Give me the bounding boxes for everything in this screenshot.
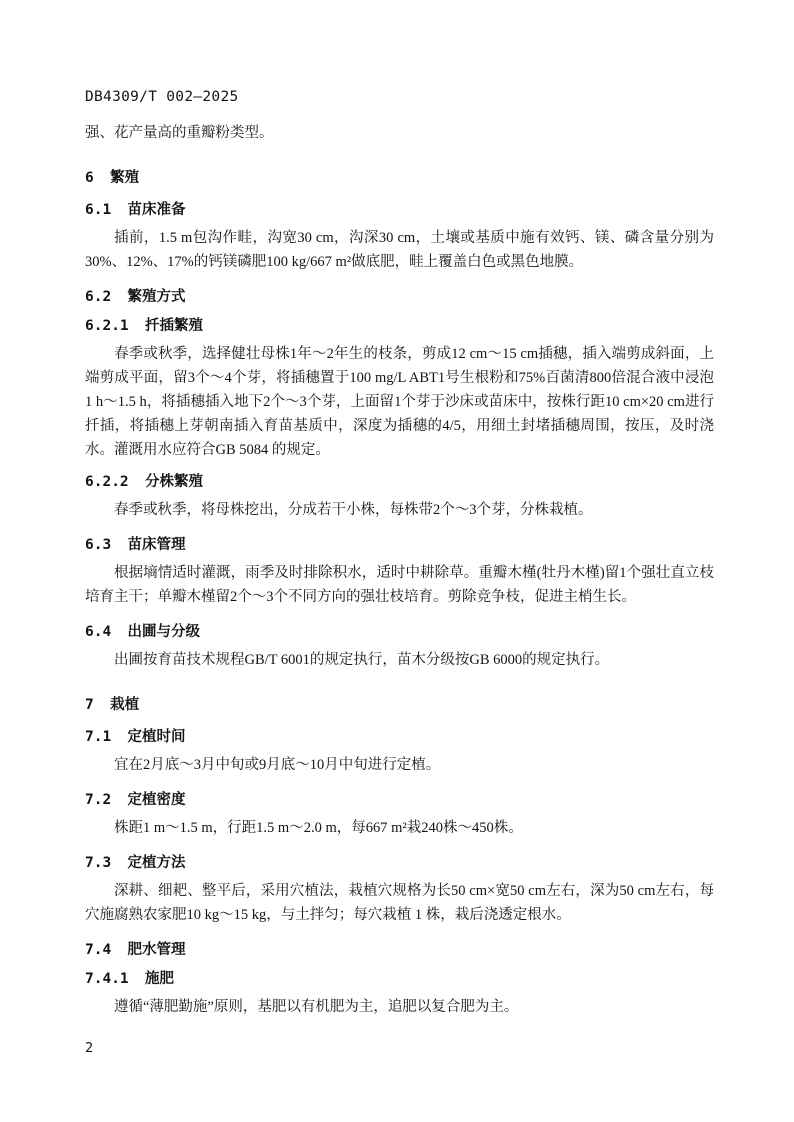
section-number: 6.1 bbox=[85, 202, 111, 218]
section-heading: 7 栽植 bbox=[85, 696, 714, 714]
section-title: 扦插繁殖 bbox=[145, 318, 203, 334]
section-number: 7.1 bbox=[85, 729, 111, 745]
section-number: 6.2.2 bbox=[85, 474, 129, 490]
section-number: 6.2.1 bbox=[85, 318, 129, 334]
section-heading: 7.4 肥水管理 bbox=[85, 941, 714, 959]
paragraph: 宜在2月底～3月中旬或9月底～10月中旬进行定植。 bbox=[85, 753, 714, 777]
section-heading: 7.3 定植方法 bbox=[85, 854, 714, 872]
section-title: 定植密度 bbox=[128, 792, 186, 808]
paragraph: 春季或秋季，将母株挖出，分成若干小株，每株带2个～3个芽，分株栽植。 bbox=[85, 498, 714, 522]
section-heading: 6.3 苗床管理 bbox=[85, 536, 714, 554]
page-footer: 2 bbox=[85, 1040, 93, 1056]
section-title: 繁殖方式 bbox=[128, 289, 186, 305]
paragraph: 根据墒情适时灌溉，雨季及时排除积水，适时中耕除草。重瓣木槿(牡丹木槿)留1个强壮… bbox=[85, 561, 714, 609]
section-title: 施肥 bbox=[145, 971, 174, 987]
section-heading: 6.2.1 扦插繁殖 bbox=[85, 317, 714, 335]
section-heading: 6 繁殖 bbox=[85, 169, 714, 187]
paragraph: 遵循“薄肥勤施”原则，基肥以有机肥为主，追肥以复合肥为主。 bbox=[85, 995, 714, 1019]
paragraph: 插前，1.5 m包沟作畦，沟宽30 cm，沟深30 cm，土壤或基质中施有效钙、… bbox=[85, 226, 714, 274]
section-heading: 6.4 出圃与分级 bbox=[85, 623, 714, 641]
section-heading: 6.2 繁殖方式 bbox=[85, 288, 714, 306]
section-title: 栽植 bbox=[110, 697, 139, 713]
section-title: 出圃与分级 bbox=[128, 624, 201, 640]
section-heading: 7.4.1 施肥 bbox=[85, 970, 714, 988]
section-title: 苗床管理 bbox=[128, 537, 186, 553]
paragraph: 出圃按育苗技术规程GB/T 6001的规定执行，苗木分级按GB 6000的规定执… bbox=[85, 648, 714, 672]
section-number: 7.4.1 bbox=[85, 971, 129, 987]
document-body: 强、花产量高的重瓣粉类型。 6 繁殖 6.1 苗床准备 插前，1.5 m包沟作畦… bbox=[85, 121, 714, 1019]
section-number: 6.2 bbox=[85, 289, 111, 305]
document-page: DB4309/T 002—2025 强、花产量高的重瓣粉类型。 6 繁殖 6.1… bbox=[0, 0, 794, 1122]
section-number: 6.4 bbox=[85, 624, 111, 640]
section-number: 7.3 bbox=[85, 855, 111, 871]
section-heading: 7.1 定植时间 bbox=[85, 728, 714, 746]
section-number: 7.4 bbox=[85, 942, 111, 958]
paragraph: 深耕、细耙、整平后，采用穴植法，栽植穴规格为长50 cm×宽50 cm左右，深为… bbox=[85, 879, 714, 927]
section-title: 繁殖 bbox=[110, 170, 139, 186]
page-number: 2 bbox=[85, 1040, 93, 1056]
section-title: 定植方法 bbox=[128, 855, 186, 871]
paragraph: 株距1 m～1.5 m，行距1.5 m～2.0 m，每667 m²栽240株～4… bbox=[85, 816, 714, 840]
section-heading: 6.2.2 分株繁殖 bbox=[85, 473, 714, 491]
section-number: 7 bbox=[85, 697, 94, 713]
continued-paragraph: 强、花产量高的重瓣粉类型。 bbox=[85, 121, 714, 145]
page-header: DB4309/T 002—2025 bbox=[85, 88, 714, 106]
section-title: 肥水管理 bbox=[128, 942, 186, 958]
section-title: 分株繁殖 bbox=[145, 474, 203, 490]
section-title: 定植时间 bbox=[128, 729, 186, 745]
standard-code: DB4309/T 002—2025 bbox=[85, 89, 239, 105]
section-number: 6 bbox=[85, 170, 94, 186]
section-heading: 6.1 苗床准备 bbox=[85, 201, 714, 219]
paragraph: 春季或秋季，选择健壮母株1年～2年生的枝条，剪成12 cm～15 cm插穗，插入… bbox=[85, 342, 714, 462]
section-title: 苗床准备 bbox=[128, 202, 186, 218]
section-number: 7.2 bbox=[85, 792, 111, 808]
section-number: 6.3 bbox=[85, 537, 111, 553]
section-heading: 7.2 定植密度 bbox=[85, 791, 714, 809]
